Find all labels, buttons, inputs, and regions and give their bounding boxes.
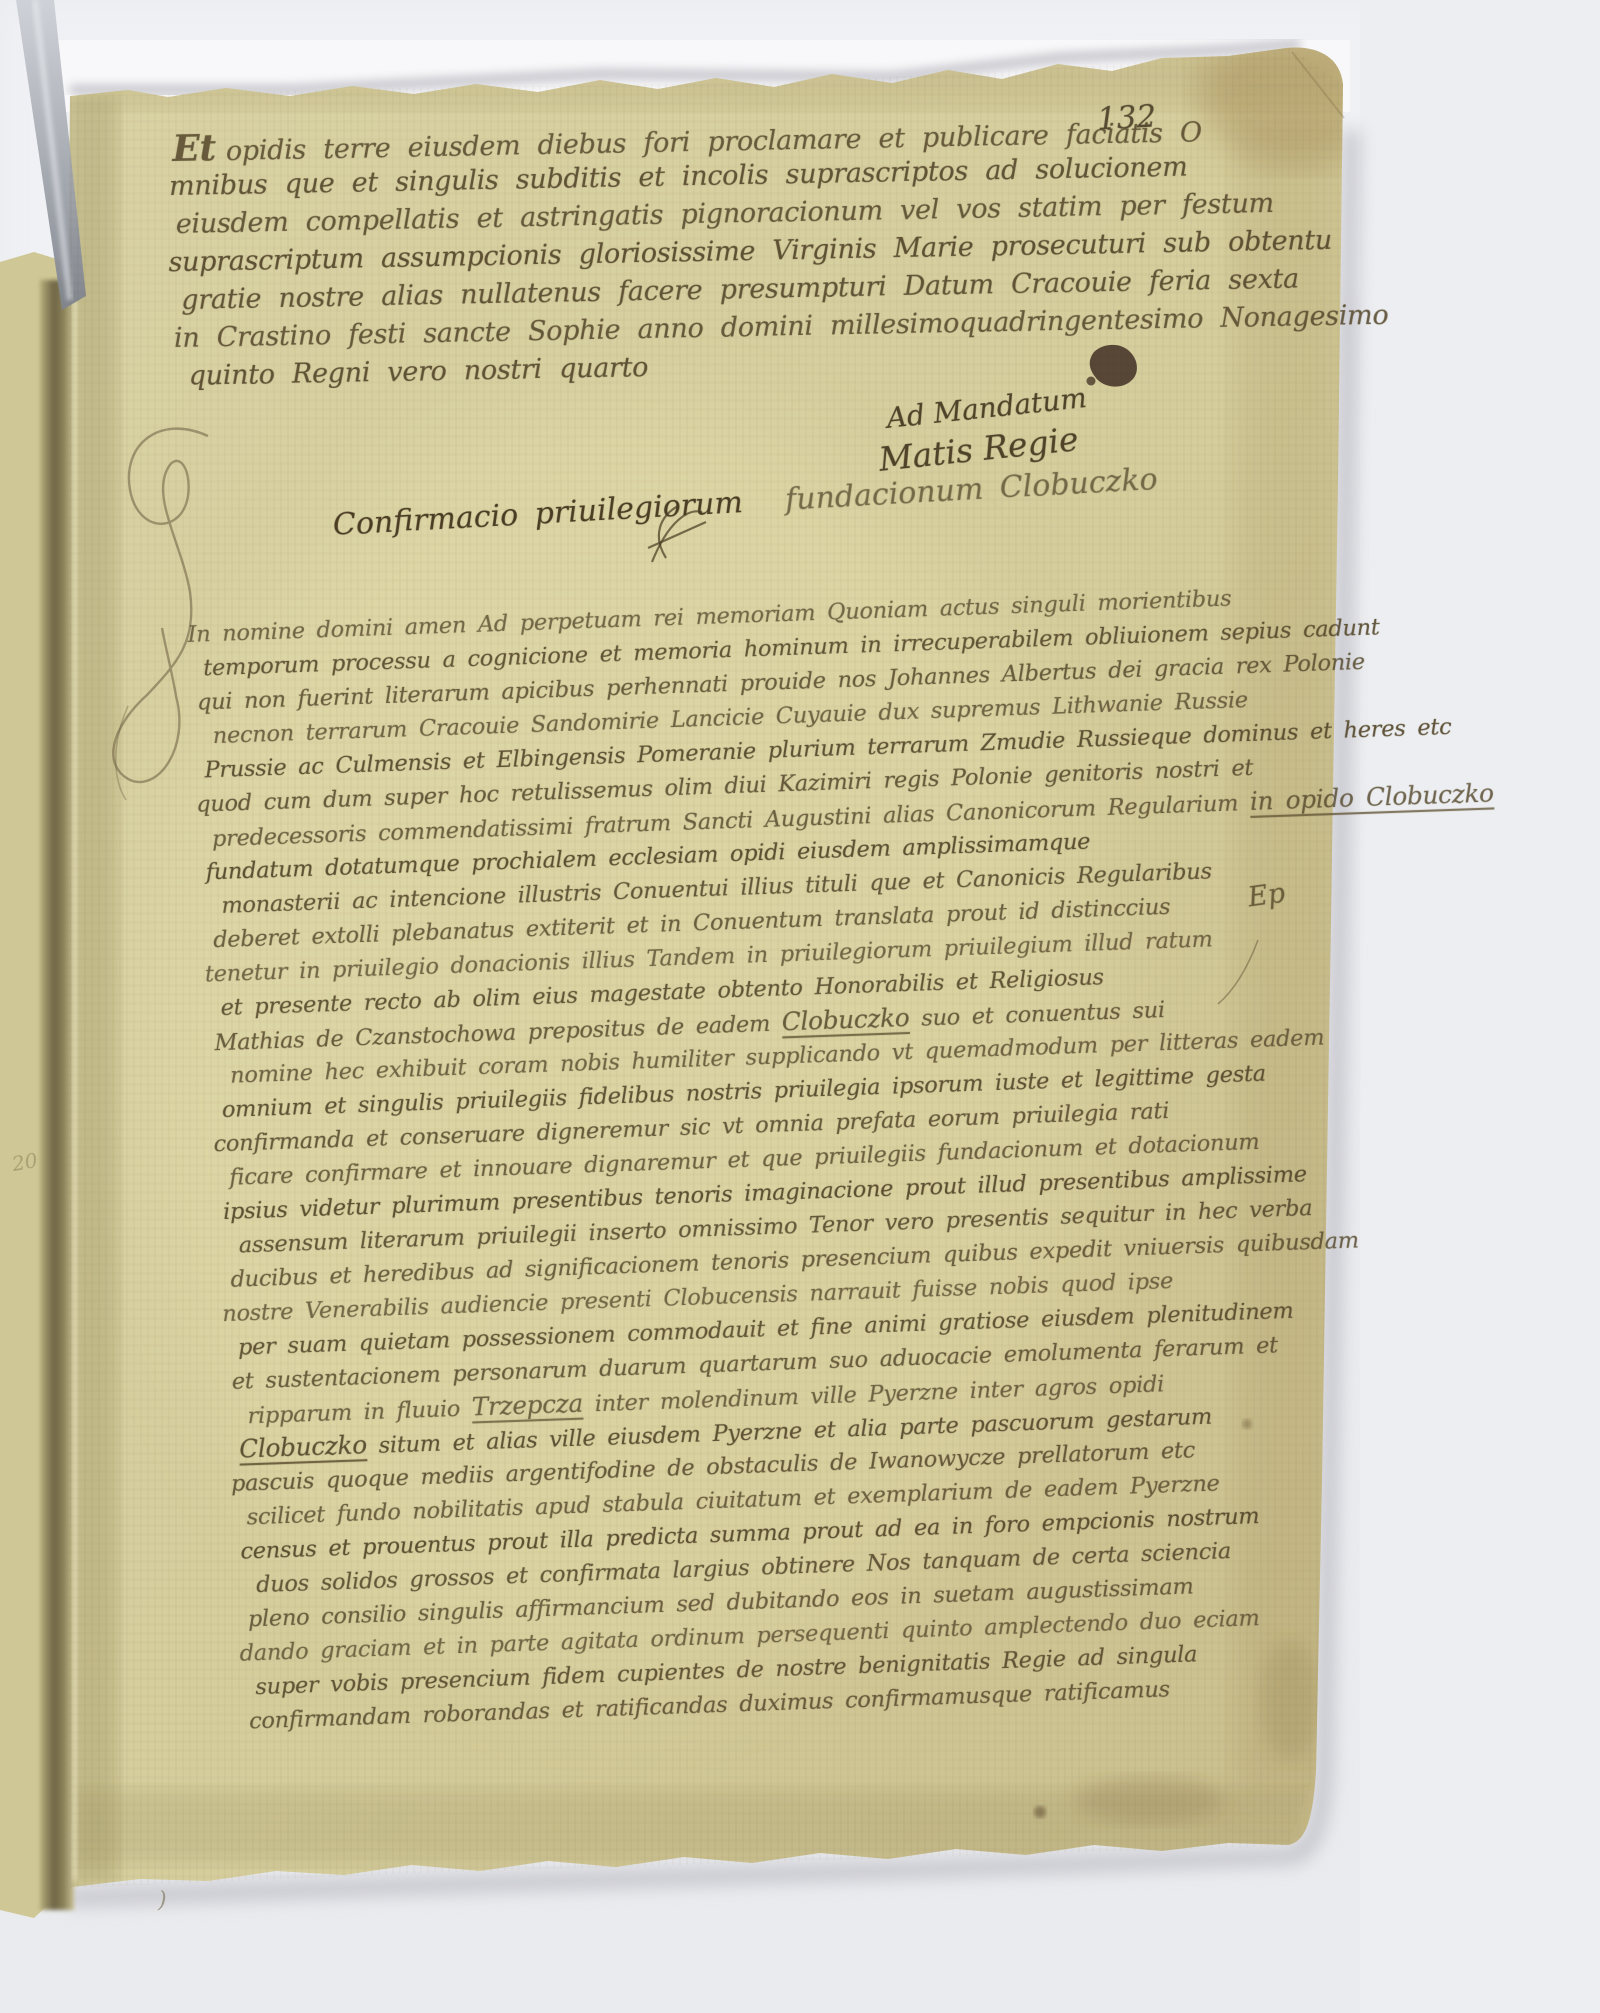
manuscript-photo: 132 Etopidis terre eiusdem diebus fori p… <box>0 0 1600 2013</box>
closing-line-text: quinto Regni vero nostri quarto <box>188 352 648 392</box>
initial-et: Et <box>172 127 216 170</box>
marginal-ep-mark: Ep <box>1246 878 1287 914</box>
closing-paragraph: Etopidis terre eiusdem diebus fori procl… <box>172 107 1389 396</box>
binding-gutter <box>40 280 74 1910</box>
stray-pen-mark: ) <box>158 1888 167 1913</box>
charter-body: In nomine domini amen Ad perpetuam rei m… <box>185 573 1525 1740</box>
left-edge-numeral: 20 <box>10 1148 39 1176</box>
